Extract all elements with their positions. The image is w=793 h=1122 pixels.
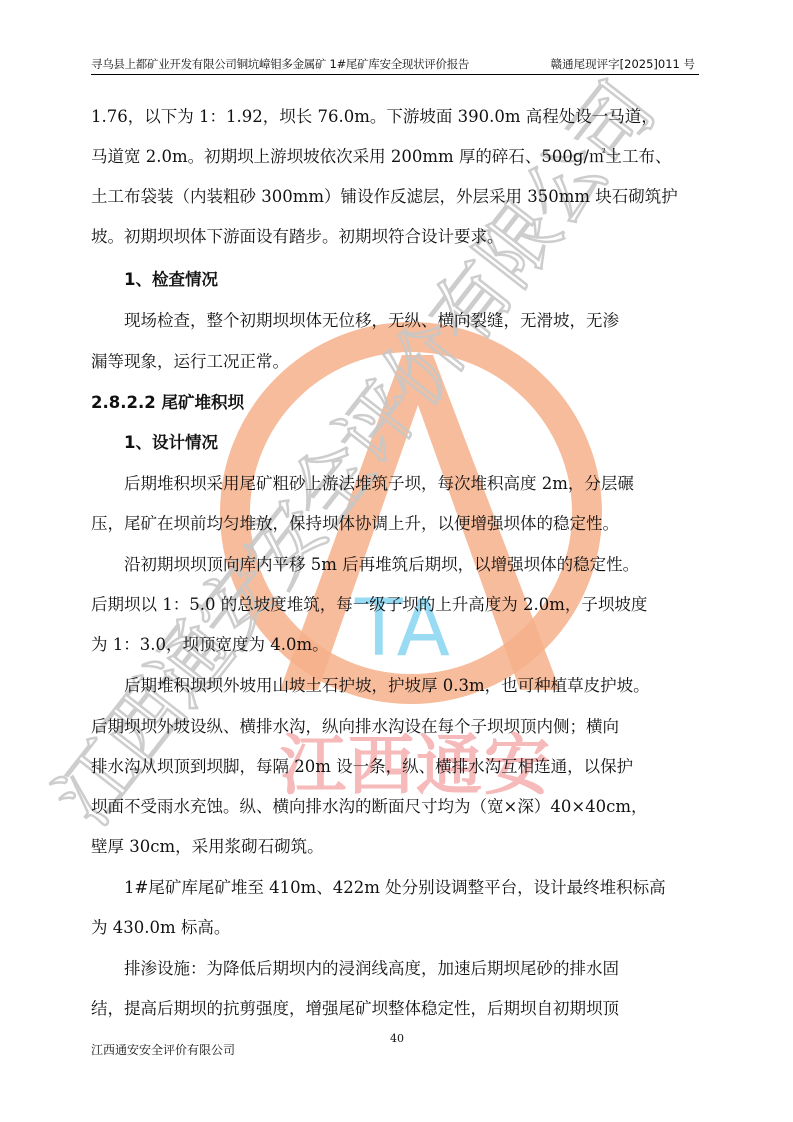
paragraph-line: 后期堆积坝采用尾矿粗砂上游法堆筑子坝，每次堆积高度 2m，分层碾 xyxy=(91,472,634,496)
paragraph-line: 压，尾矿在坝前均匀堆放，保持坝体协调上升，以便增强坝体的稳定性。 xyxy=(91,512,619,536)
document-number: 赣通尾现评字[2025]011 号 xyxy=(551,56,695,72)
footer-company: 江西通安安全评价有限公司 xyxy=(91,1041,235,1058)
paragraph-line: 漏等现象，运行工况正常。 xyxy=(91,350,289,374)
paragraph-line: 坝面不受雨水充蚀。纵、横向排水沟的断面尺寸均为（宽×深）40×40cm， xyxy=(91,795,648,819)
paragraph-line: 结，提高后期坝的抗剪强度，增强尾矿坝整体稳定性，后期坝自初期坝顶 xyxy=(91,997,619,1021)
paragraph-line: 为 430.0m 标高。 xyxy=(91,916,230,940)
paragraph-line: 后期坝以 1：5.0 的总坡度堆筑，每一级子坝的上升高度为 2.0m，子坝坡度 xyxy=(91,593,647,617)
paragraph-line: 坡。初期坝坝体下游面设有踏步。初期坝符合设计要求。 xyxy=(91,225,504,249)
page-number: 40 xyxy=(390,1032,404,1045)
paragraph-line: 排渗设施：为降低后期坝内的浸润线高度，加速后期坝尾砂的排水固 xyxy=(91,957,619,981)
section-heading: 2.8.2.2 尾矿堆积坝 xyxy=(91,391,244,415)
report-title: 寻乌县上都矿业开发有限公司铜坑嶂钼多金属矿 1#尾矿库安全现状评价报告 xyxy=(91,56,469,72)
paragraph-line: 1.76，以下为 1：1.92，坝长 76.0m。下游坡面 390.0m 高程处… xyxy=(91,105,658,129)
paragraph-line: 为 1：3.0，坝顶宽度为 4.0m。 xyxy=(91,633,329,657)
paragraph-line: 沿初期坝坝顶向库内平移 5m 后再堆筑后期坝，以增强坝体的稳定性。 xyxy=(91,553,639,577)
paragraph-line: 现场检查，整个初期坝坝体无位移，无纵、横向裂缝，无滑坡，无渗 xyxy=(91,309,619,333)
paragraph-line: 壁厚 30cm，采用浆砌石砌筑。 xyxy=(91,835,324,859)
paragraph-line: 后期堆积坝坝外坡用山坡土石护坡，护坡厚 0.3m，也可种植草皮护坡。 xyxy=(91,674,650,698)
paragraph-line: 马道宽 2.0m。初期坝上游坝坡依次采用 200mm 厚的碎石、500g/㎡土工… xyxy=(91,145,672,169)
page-header: 寻乌县上都矿业开发有限公司铜坑嶂钼多金属矿 1#尾矿库安全现状评价报告 赣通尾现… xyxy=(91,56,699,75)
paragraph-line: 土工布袋装（内装粗砂 300mm）铺设作反滤层，外层采用 350mm 块石砌筑护 xyxy=(91,185,678,209)
paragraph-line: 1#尾矿库尾矿堆至 410m、422m 处分别设调整平台，设计最终堆积标高 xyxy=(91,876,666,900)
paragraph-line: 排水沟从坝顶到坝脚，每隔 20m 设一条，纵、横排水沟互相连通，以保护 xyxy=(91,755,633,779)
paragraph-line: 后期坝坝外坡设纵、横排水沟，纵向排水沟设在每个子坝坝顶内侧；横向 xyxy=(91,715,619,739)
section-heading: 1、设计情况 xyxy=(91,431,218,455)
section-heading: 1、检查情况 xyxy=(91,268,218,292)
